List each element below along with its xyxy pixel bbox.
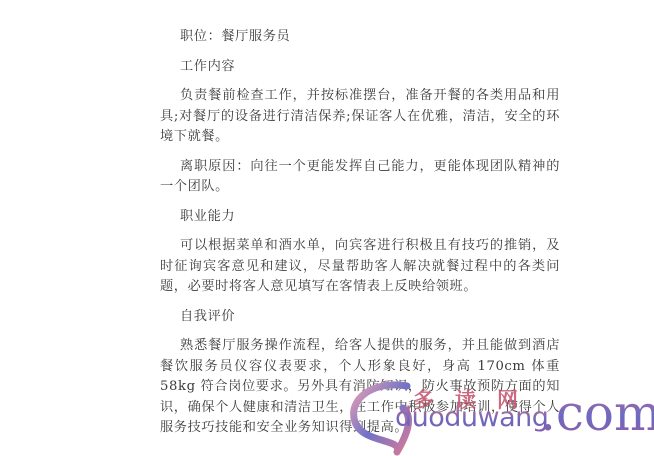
section-heading-work-content: 工作内容 — [180, 57, 560, 78]
document-page: 职位：餐厅服务员 工作内容 负责餐前检查工作，并按标准摆台，准备开餐的各类用品和… — [160, 27, 560, 448]
position-line: 职位：餐厅服务员 — [180, 27, 560, 48]
paragraph-professional-ability: 可以根据菜单和酒水单，向宾客进行积极且有技巧的推销，及时征询宾客意见和建议，尽量… — [160, 236, 560, 298]
paragraph-self-evaluation: 熟悉餐厅服务操作流程，给客人提供的服务，并且能做到酒店餐饮服务员仪容仪表要求，个… — [160, 336, 560, 439]
paragraph-leave-reason: 离职原因：向往一个更能发挥自己能力，更能体现团队精神的一个团队。 — [160, 157, 560, 198]
section-heading-self-evaluation: 自我评价 — [180, 307, 560, 328]
section-heading-professional-ability: 职业能力 — [180, 207, 560, 228]
paragraph-work-content: 负责餐前检查工作，并按标准摆台，准备开餐的各类用品和用具;对餐厅的设备进行清洁保… — [160, 86, 560, 148]
